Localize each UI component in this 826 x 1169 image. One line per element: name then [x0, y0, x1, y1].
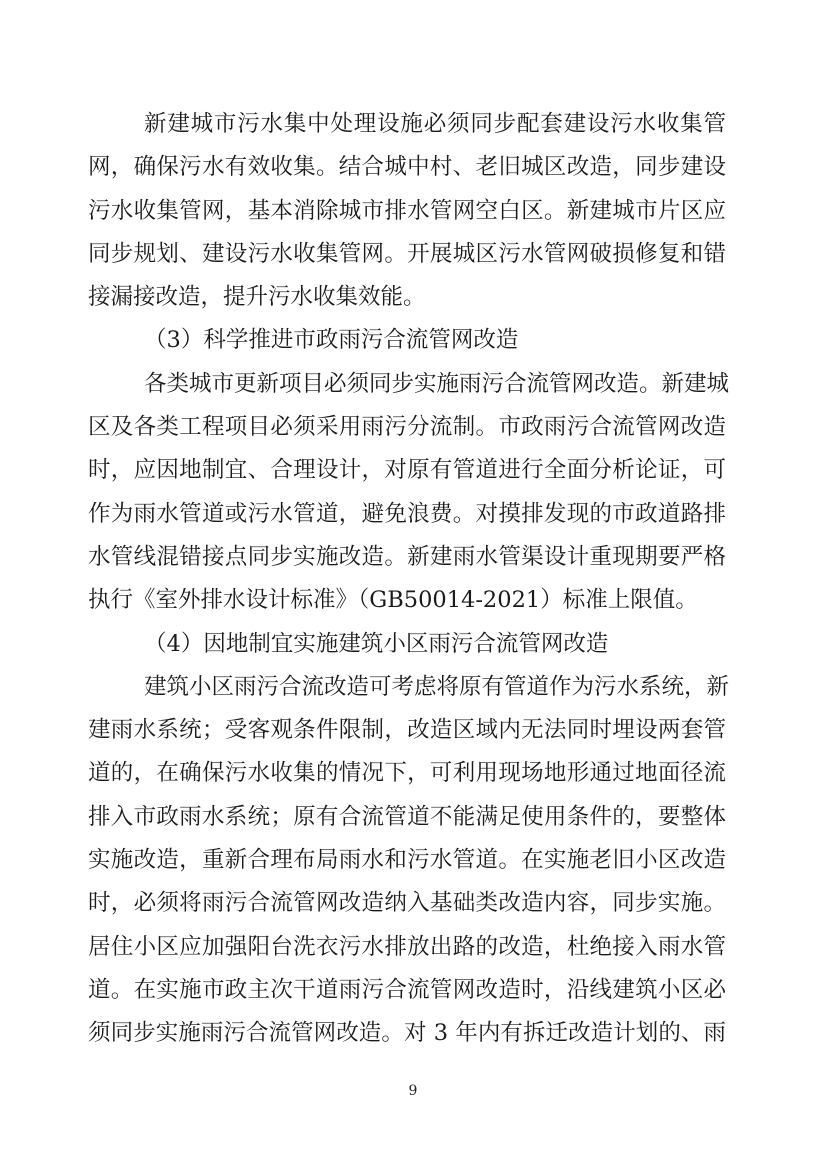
text-line: 执行《室外排水设计标准》（GB50014-2021）标准上限值。 [88, 579, 726, 622]
body-paragraph: 各类城市更新项目必须同步实施雨污合流管网改造。新建城区及各类工程项目必须采用雨污… [88, 363, 726, 623]
text-line: 道的，在确保污水收集的情况下，可利用现场地形通过地面径流 [88, 752, 726, 795]
text-line: 各类城市更新项目必须同步实施雨污合流管网改造。新建城 [88, 363, 726, 406]
text-line: 区及各类工程项目必须采用雨污分流制。市政雨污合流管网改造 [88, 406, 726, 449]
text-line: （4）因地制宜实施建筑小区雨污合流管网改造 [88, 623, 726, 666]
page-footer: 9 [0, 1080, 826, 1099]
text-line: 时，必须将雨污合流管网改造纳入基础类改造内容，同步实施。 [88, 882, 726, 925]
text-line: 实施改造，重新合理布局雨水和污水管道。在实施老旧小区改造 [88, 839, 726, 882]
text-line: 道。在实施市政主次干道雨污合流管网改造时，沿线建筑小区必 [88, 969, 726, 1012]
page-number: 9 [409, 1083, 418, 1099]
text-line: 居住小区应加强阳台洗衣污水排放出路的改造，杜绝接入雨水管 [88, 926, 726, 969]
document-body: 新建城市污水集中处理设施必须同步配套建设污水收集管网，确保污水有效收集。结合城中… [88, 103, 726, 1056]
text-line: 新建城市污水集中处理设施必须同步配套建设污水收集管 [88, 103, 726, 146]
text-line: 建筑小区雨污合流改造可考虑将原有管道作为污水系统，新 [88, 666, 726, 709]
text-line: 网，确保污水有效收集。结合城中村、老旧城区改造，同步建设 [88, 146, 726, 189]
text-line: 污水收集管网，基本消除城市排水管网空白区。新建城市片区应 [88, 190, 726, 233]
text-line: 须同步实施雨污合流管网改造。对 3 年内有拆迁改造计划的、雨 [88, 1012, 726, 1055]
body-paragraph: 建筑小区雨污合流改造可考虑将原有管道作为污水系统，新建雨水系统；受客观条件限制，… [88, 666, 726, 1056]
text-line: 作为雨水管道或污水管道，避免浪费。对摸排发现的市政道路排 [88, 493, 726, 536]
text-line: 时，应因地制宜、合理设计，对原有管道进行全面分析论证，可 [88, 449, 726, 492]
section-heading: （3）科学推进市政雨污合流管网改造 [88, 319, 726, 362]
text-line: 水管线混错接点同步实施改造。新建雨水管渠设计重现期要严格 [88, 536, 726, 579]
text-line: 同步规划、建设污水收集管网。开展城区污水管网破损修复和错 [88, 233, 726, 276]
section-heading: （4）因地制宜实施建筑小区雨污合流管网改造 [88, 623, 726, 666]
text-line: （3）科学推进市政雨污合流管网改造 [88, 319, 726, 362]
text-line: 接漏接改造，提升污水收集效能。 [88, 276, 726, 319]
document-page: 新建城市污水集中处理设施必须同步配套建设污水收集管网，确保污水有效收集。结合城中… [0, 0, 826, 1169]
text-line: 排入市政雨水系统；原有合流管道不能满足使用条件的，要整体 [88, 796, 726, 839]
body-paragraph: 新建城市污水集中处理设施必须同步配套建设污水收集管网，确保污水有效收集。结合城中… [88, 103, 726, 319]
text-line: 建雨水系统；受客观条件限制，改造区域内无法同时埋设两套管 [88, 709, 726, 752]
